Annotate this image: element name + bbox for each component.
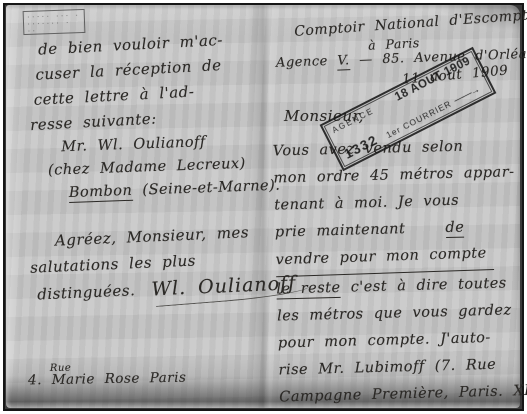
right-page-body: Vous avez vendu selonmon ordre 45 métros… bbox=[272, 132, 527, 412]
archival-stamp-line: ······· · ·· bbox=[27, 20, 81, 35]
text-run: Mr. Wl. Oulianoff bbox=[61, 134, 206, 155]
letter-paper: ····· ··· · ······· · ·· de bien vouloir… bbox=[6, 5, 520, 408]
text-run: mon ordre 45 métros appar- bbox=[273, 164, 514, 186]
text-run: salutations les plus bbox=[30, 252, 197, 277]
text-run: c'est à dire toutes bbox=[340, 275, 507, 295]
left-page-paragraph: de bien vouloir m'ac-cuser la réception … bbox=[26, 28, 228, 138]
text-run: pour mon compte. J'auto- bbox=[278, 330, 491, 352]
text-run: 4. Marie Rose Paris bbox=[28, 370, 187, 389]
letter-photo-screenshot: ····· ··· · ······· · ·· de bien vouloir… bbox=[0, 0, 527, 414]
underlined-text: V. bbox=[337, 53, 350, 70]
underlined-text: Bombon bbox=[69, 183, 133, 203]
text-run: Campagne Première, Paris. XIV) bbox=[279, 382, 527, 405]
text-run: tenant à moi. Je vous bbox=[274, 193, 459, 214]
left-page-sender-address: Rue4. Marie Rose Paris bbox=[28, 362, 187, 388]
left-page-address: Mr. Wl. Oulianoff(chez Madame Lecreux)Bo… bbox=[27, 129, 281, 207]
underlined-text: le reste bbox=[276, 280, 341, 300]
text-run: rise Mr. Lubimoff (7. Rue bbox=[278, 357, 496, 379]
text-run: prie maintenant bbox=[275, 221, 416, 241]
text-run: les métros que vous gardez bbox=[277, 302, 512, 324]
archival-stamp: ····· ··· · ······· · ·· bbox=[23, 9, 86, 35]
left-page-closing-signature: Agréez, Monsieur, messalutations les plu… bbox=[26, 217, 296, 308]
text-run: resse suivante: bbox=[30, 109, 158, 134]
text-run: Agence bbox=[276, 54, 338, 71]
handwritten-line: Campagne Première, Paris. XIV) bbox=[279, 377, 527, 411]
right-page-letterhead: Comptoir National d'Escompteà ParisAgenc… bbox=[274, 15, 527, 67]
underlined-text: de bbox=[445, 220, 464, 238]
text-run: Agréez, Monsieur, mes bbox=[55, 223, 250, 249]
photo-frame: ····· ··· · ······· · ·· de bien vouloir… bbox=[3, 3, 524, 411]
text-run: (chez Madame Lecreux) bbox=[48, 156, 246, 179]
signature: Wl. Oulianoff bbox=[151, 272, 297, 300]
text-run: cette lettre à l'ad- bbox=[33, 82, 195, 108]
handwritten-line: 4. Marie Rose Paris bbox=[28, 372, 187, 388]
text-run: (Seine-et-Marne). bbox=[132, 178, 281, 199]
stamp-arrow-icon: ——→ bbox=[452, 84, 481, 106]
text-run: distinguées. bbox=[37, 281, 146, 304]
